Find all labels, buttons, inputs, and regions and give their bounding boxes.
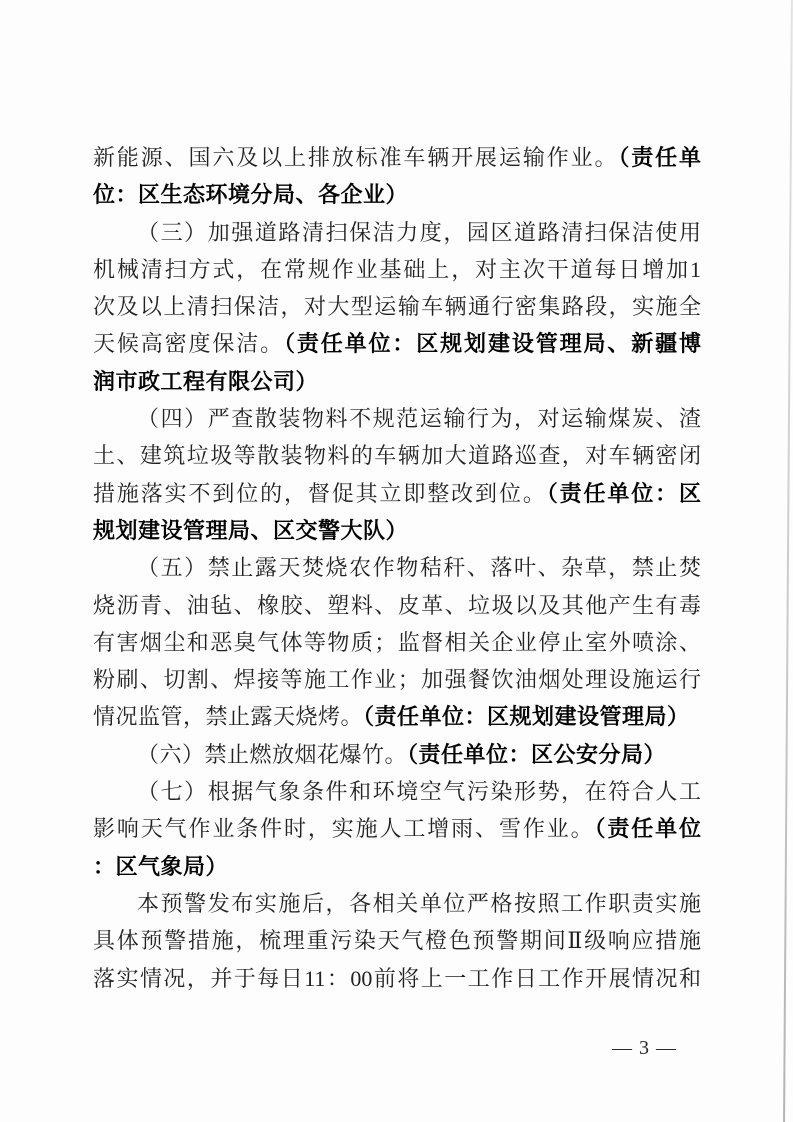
text-line: ：区气象局） — [93, 848, 701, 885]
text-line: 落实情况，并于每日11：00前将上一工作日工作开展情况和 — [93, 960, 701, 997]
scan-edge-line — [783, 0, 793, 1122]
responsibility-unit-text: （责任单 — [618, 145, 701, 170]
body-text: （七）根据气象条件和环境空气污染形势，在符合人工 — [137, 779, 701, 804]
text-line: 烧沥青、油毡、橡胶、塑料、皮革、垃圾以及其他产生有毒 — [93, 587, 701, 624]
text-line: 具体预警措施，梳理重污染天气橙色预警期间Ⅱ级响应措施 — [93, 922, 701, 959]
body-text: 情况监管，禁止露天烧烤。 — [93, 704, 363, 729]
document-body: 新能源、国六及以上排放标准车辆开展运输作业。（责任单位：区生态环境分局、各企业）… — [93, 139, 701, 997]
text-line: 机械清扫方式，在常规作业基础上，对主次干道每日增加1 — [93, 251, 701, 288]
text-line: 本预警发布实施后，各相关单位严格按照工作职责实施 — [93, 885, 701, 922]
body-text: 有害烟尘和恶臭气体等物质；监督相关企业停止室外喷涂、 — [93, 630, 701, 655]
body-text: （四）严查散装物料不规范运输行为，对运输煤炭、渣 — [137, 406, 701, 431]
text-line: 情况监管，禁止露天烧烤。（责任单位：区规划建设管理局） — [93, 698, 701, 735]
responsibility-unit-text: 位：区生态环境分局、各企业） — [93, 182, 408, 207]
text-line: （五）禁止露天焚烧农作物秸秆、落叶、杂草，禁止焚 — [93, 549, 701, 586]
body-text: 落实情况，并于每日11：00前将上一工作日工作开展情况和 — [93, 966, 701, 991]
text-line: 润市政工程有限公司） — [93, 363, 701, 400]
body-text: 新能源、国六及以上排放标准车辆开展运输作业。 — [93, 145, 618, 170]
body-text: 粉刷、切割、焊接等施工作业；加强餐饮油烟处理设施运行 — [93, 667, 701, 692]
body-text: 具体预警措施，梳理重污染天气橙色预警期间Ⅱ级响应措施 — [93, 928, 701, 953]
responsibility-unit-text: 润市政工程有限公司） — [93, 369, 318, 394]
body-text: 次及以上清扫保洁，对大型运输车辆通行密集路段，实施全 — [93, 294, 701, 319]
text-line: 影响天气作业条件时，实施人工增雨、雪作业。（责任单位 — [93, 810, 701, 847]
responsibility-unit-text: 规划建设管理局、区交警大队） — [93, 518, 408, 543]
text-line: （七）根据气象条件和环境空气污染形势，在符合人工 — [93, 773, 701, 810]
responsibility-unit-text: （责任单位：区公安分局） — [407, 742, 666, 767]
text-line: 粉刷、切割、焊接等施工作业；加强餐饮油烟处理设施运行 — [93, 661, 701, 698]
text-line: （四）严查散装物料不规范运输行为，对运输煤炭、渣 — [93, 400, 701, 437]
text-line: 天候高密度保洁。（责任单位：区规划建设管理局、新疆博 — [93, 325, 701, 362]
body-text: 天候高密度保洁。 — [93, 331, 284, 356]
text-line: 新能源、国六及以上排放标准车辆开展运输作业。（责任单 — [93, 139, 701, 176]
responsibility-unit-text: （责任单位：区规划建设管理局、新疆博 — [284, 331, 701, 356]
text-line: 位：区生态环境分局、各企业） — [93, 176, 701, 213]
text-line: 措施落实不到位的，督促其立即整改到位。（责任单位：区 — [93, 475, 701, 512]
body-text: 影响天气作业条件时，实施人工增雨、雪作业。 — [93, 816, 594, 841]
text-line: （三）加强道路清扫保洁力度，园区道路清扫保洁使用 — [93, 214, 701, 251]
responsibility-unit-text: （责任单位：区 — [547, 481, 701, 506]
text-line: （六）禁止燃放烟花爆竹。（责任单位：区公安分局） — [93, 736, 701, 773]
body-text: （三）加强道路清扫保洁力度，园区道路清扫保洁使用 — [137, 220, 701, 245]
body-text: （六）禁止燃放烟花爆竹。 — [137, 742, 407, 767]
body-text: 措施落实不到位的，督促其立即整改到位。 — [93, 481, 547, 506]
text-line: 次及以上清扫保洁，对大型运输车辆通行密集路段，实施全 — [93, 288, 701, 325]
responsibility-unit-text: ：区气象局） — [93, 854, 228, 879]
text-line: 规划建设管理局、区交警大队） — [93, 512, 701, 549]
text-line: 有害烟尘和恶臭气体等物质；监督相关企业停止室外喷涂、 — [93, 624, 701, 661]
body-text: 本预警发布实施后，各相关单位严格按照工作职责实施 — [137, 891, 701, 916]
body-text: 烧沥青、油毡、橡胶、塑料、皮革、垃圾以及其他产生有毒 — [93, 593, 701, 618]
body-text: （五）禁止露天焚烧农作物秸秆、落叶、杂草，禁止焚 — [137, 555, 701, 580]
page-number: — 3 — — [612, 1036, 677, 1060]
responsibility-unit-text: （责任单位 — [594, 816, 701, 841]
responsibility-unit-text: （责任单位：区规划建设管理局） — [363, 704, 690, 729]
text-line: 土、建筑垃圾等散装物料的车辆加大道路巡查，对车辆密闭 — [93, 437, 701, 474]
scanned-document-page: 新能源、国六及以上排放标准车辆开展运输作业。（责任单位：区生态环境分局、各企业）… — [0, 0, 793, 1122]
body-text: 机械清扫方式，在常规作业基础上，对主次干道每日增加1 — [93, 257, 701, 282]
body-text: 土、建筑垃圾等散装物料的车辆加大道路巡查，对车辆密闭 — [93, 443, 701, 468]
